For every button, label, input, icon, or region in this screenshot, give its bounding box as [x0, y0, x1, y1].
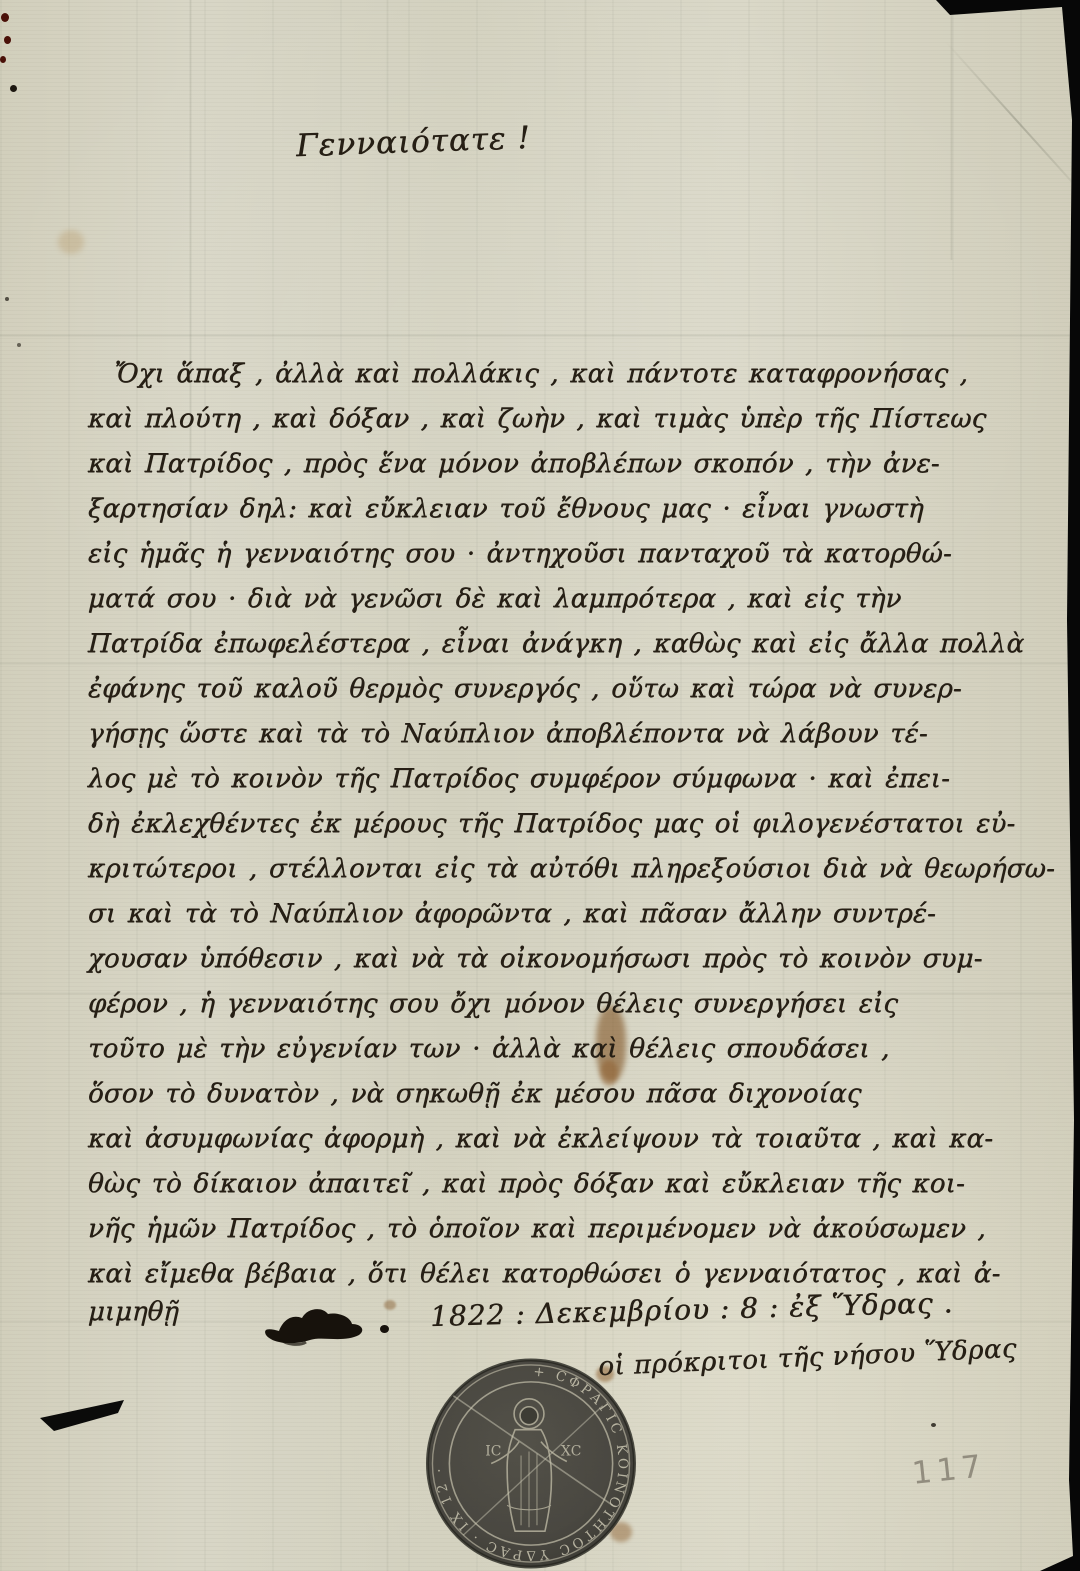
body-line: Πατρίδα ἐπωφελέστερα , εἶναι ἀνάγκη , κα… — [87, 622, 1024, 667]
body-line: καὶ ἀσυμφωνίας ἀφορμὴ , καὶ νὰ ἐκλείψουν… — [87, 1117, 1024, 1162]
body-line: ξαρτησίαν δηλ: καὶ εὔκλειαν τοῦ ἔθνους μ… — [87, 487, 1024, 532]
community-seal: + ϹΦΡΑΓΙϹ ΚΟΙΝΟΤΗΤΟϹ ΥΔΡΑϹ · ΙΧ 12 · ΙϹ … — [423, 1356, 639, 1571]
wax-speck — [1, 13, 9, 22]
wax-speck — [4, 36, 11, 44]
wax-speck — [0, 56, 6, 63]
body-line: ματά σου · διὰ νὰ γενῶσι δὲ καὶ λαμπρότε… — [87, 577, 1024, 622]
body-line: Ὄχι ἅπαξ , ἀλλὰ καὶ πολλάκις , καὶ πάντο… — [87, 352, 1024, 397]
body-line: νῆς ἡμῶν Πατρίδος , τὸ ὁποῖον καὶ περιμέ… — [87, 1207, 1024, 1252]
body-line: ἐφάνης τοῦ καλοῦ θερμὸς συνεργός , οὕτω … — [87, 667, 1024, 712]
archive-number-pencil: 117 — [910, 1448, 988, 1492]
body-line: εἰς ἡμᾶς ἡ γενναιότης σου · ἀντηχοῦσι πα… — [87, 532, 1024, 577]
ink-speck — [17, 343, 21, 347]
salutation-line: Γενναιότατε ! — [295, 120, 531, 164]
body-line: ὅσον τὸ δυνατὸν , νὰ σηκωθῇ ἐκ μέσου πᾶσ… — [87, 1072, 1024, 1117]
body-line: δὴ ἐκλεχθέντες ἐκ μέρους τῆς Πατρίδος μα… — [87, 802, 1024, 847]
fold-crease-horizontal — [0, 334, 1080, 337]
photo-background: Γενναιότατε ! Ὄχι ἅπαξ , ἀλλὰ καὶ πολλάκ… — [0, 0, 1080, 1571]
seal-monogram-right: ΧϹ — [561, 1444, 582, 1460]
body-line: καὶ πλούτη , καὶ δόξαν , καὶ ζωὴν , καὶ … — [87, 397, 1024, 442]
body-line: κριτώτεροι , στέλλονται εἰς τὰ αὐτόθι πλ… — [87, 847, 1024, 892]
ink-speck — [10, 85, 17, 92]
ink-blot-crossout — [260, 1305, 370, 1351]
body-line-last: μιμηθῇ 1822 : Δεκεμβρίου : 8 : ἐξ Ὕδρας … — [88, 1297, 1023, 1345]
body-line: θὼς τὸ δίκαιον ἀπαιτεῖ , καὶ πρὸς δόξαν … — [87, 1162, 1024, 1207]
stain-spot — [58, 230, 84, 254]
ink-speck — [931, 1423, 936, 1427]
letter-body: Ὄχι ἅπαξ , ἀλλὰ καὶ πολλάκις , καὶ πάντο… — [88, 352, 1023, 1345]
paper-sheet: Γενναιότατε ! Ὄχι ἅπαξ , ἀλλὰ καὶ πολλάκ… — [0, 0, 1080, 1571]
last-word: μιμηθῇ — [87, 1297, 179, 1327]
body-line: σι καὶ τὰ τὸ Ναύπλιον ἀφορῶντα , καὶ πᾶσ… — [87, 892, 1024, 937]
body-line: φέρον , ἡ γενναιότης σου ὄχι μόνον θέλει… — [87, 982, 1024, 1027]
ink-dot — [380, 1325, 389, 1333]
seal-monogram-left: ΙϹ — [485, 1444, 501, 1460]
body-line: γήσῃς ὥστε καὶ τὰ τὸ Ναύπλιον ἀποβλέποντ… — [87, 712, 1024, 757]
body-line: καὶ Πατρίδος , πρὸς ἕνα μόνον ἀποβλέπων … — [87, 442, 1024, 487]
fold-crease-vertical — [950, 0, 953, 260]
torn-hole-mark — [40, 1400, 130, 1434]
body-line: λος μὲ τὸ κοινὸν τῆς Πατρίδος συμφέρον σ… — [87, 757, 1024, 802]
body-line: τοῦτο μὲ τὴν εὐγενίαν των · ἀλλὰ καὶ θέλ… — [87, 1027, 1024, 1072]
corner-crease-diagonal — [944, 40, 1080, 205]
body-line: χουσαν ὑπόθεσιν , καὶ νὰ τὰ οἰκονομήσωσι… — [87, 937, 1024, 982]
ink-speck — [5, 297, 9, 301]
